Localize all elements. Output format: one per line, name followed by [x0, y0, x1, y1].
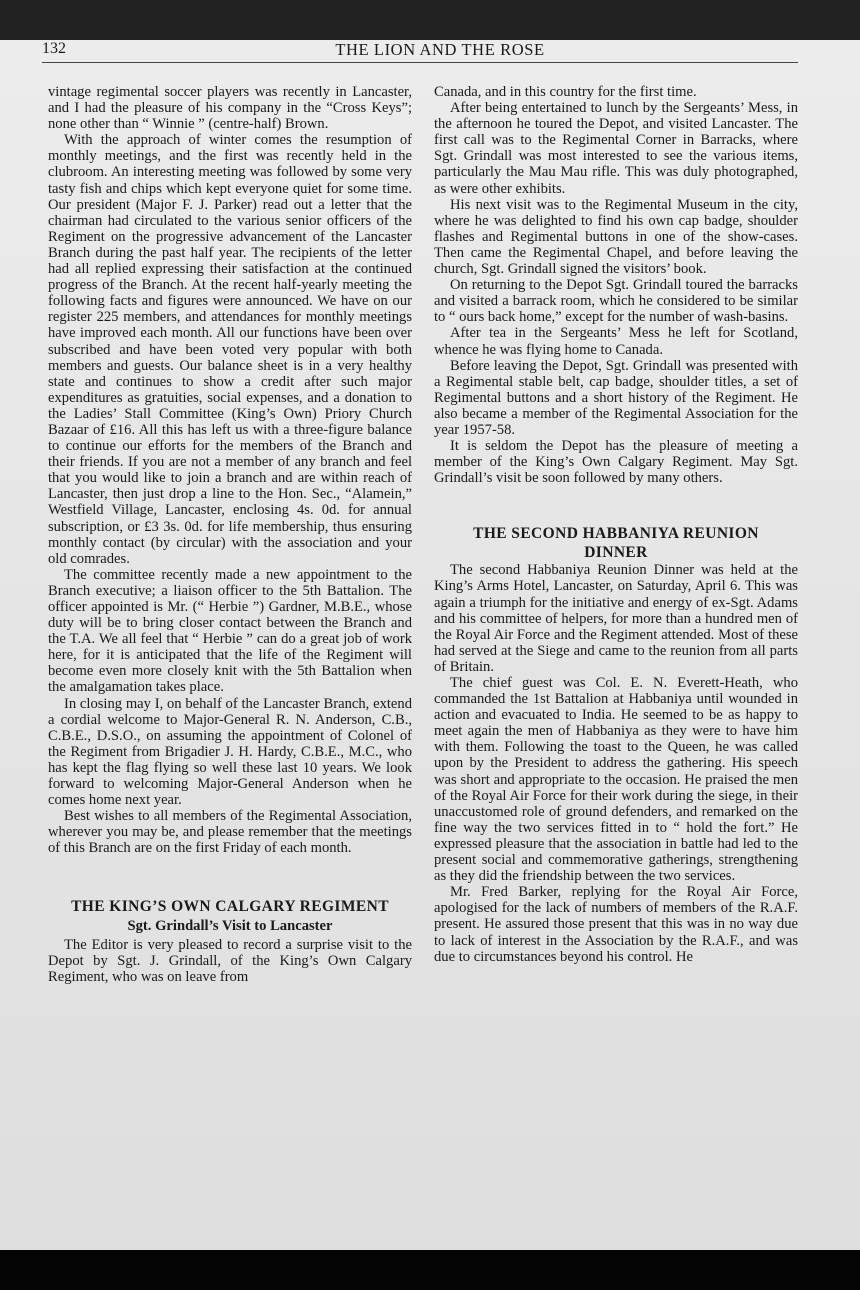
paragraph: Mr. Fred Barker, replying for the Royal …: [434, 884, 798, 964]
right-column: Canada, and in this country for the firs…: [434, 84, 798, 965]
section-title-line2: DINNER: [584, 544, 648, 561]
section-title-calgary: THE KING’S OWN CALGARY REGIMENT: [48, 897, 412, 916]
section-title-habbaniya: THE SECOND HABBANIYA REUNION DINNER: [434, 524, 798, 562]
paragraph: Before leaving the Depot, Sgt. Grindall …: [434, 358, 798, 438]
paragraph: vintage regimental soccer players was re…: [48, 84, 412, 132]
paragraph: Canada, and in this country for the firs…: [434, 84, 798, 100]
spacer: [48, 857, 412, 897]
paragraph: With the approach of winter comes the re…: [48, 132, 412, 567]
paragraph: The chief guest was Col. E. N. Everett-H…: [434, 675, 798, 884]
paragraph: The Editor is very pleased to record a s…: [48, 937, 412, 985]
section-subtitle: Sgt. Grindall’s Visit to Lancaster: [48, 918, 412, 934]
paragraph: In closing may I, on behalf of the Lanca…: [48, 696, 412, 809]
paragraph: The second Habbaniya Reunion Dinner was …: [434, 562, 798, 675]
paragraph: It is seldom the Depot has the pleasure …: [434, 438, 798, 486]
spacer: [434, 486, 798, 524]
paragraph: Best wishes to all members of the Regime…: [48, 808, 412, 856]
scan-background-bottom: [0, 1250, 860, 1290]
running-head: 132 THE LION AND THE ROSE: [42, 40, 798, 63]
left-column: vintage regimental soccer players was re…: [48, 84, 412, 985]
paragraph: On returning to the Depot Sgt. Grindall …: [434, 277, 798, 325]
paragraph: After being entertained to lunch by the …: [434, 100, 798, 197]
paragraph: The committee recently made a new appoin…: [48, 567, 412, 696]
journal-title: THE LION AND THE ROSE: [42, 40, 798, 60]
paragraph: His next visit was to the Regimental Mus…: [434, 197, 798, 277]
scan-background-top: [0, 0, 860, 42]
paragraph: After tea in the Sergeants’ Mess he left…: [434, 325, 798, 357]
section-title-line1: THE SECOND HABBANIYA REUNION: [473, 525, 759, 542]
